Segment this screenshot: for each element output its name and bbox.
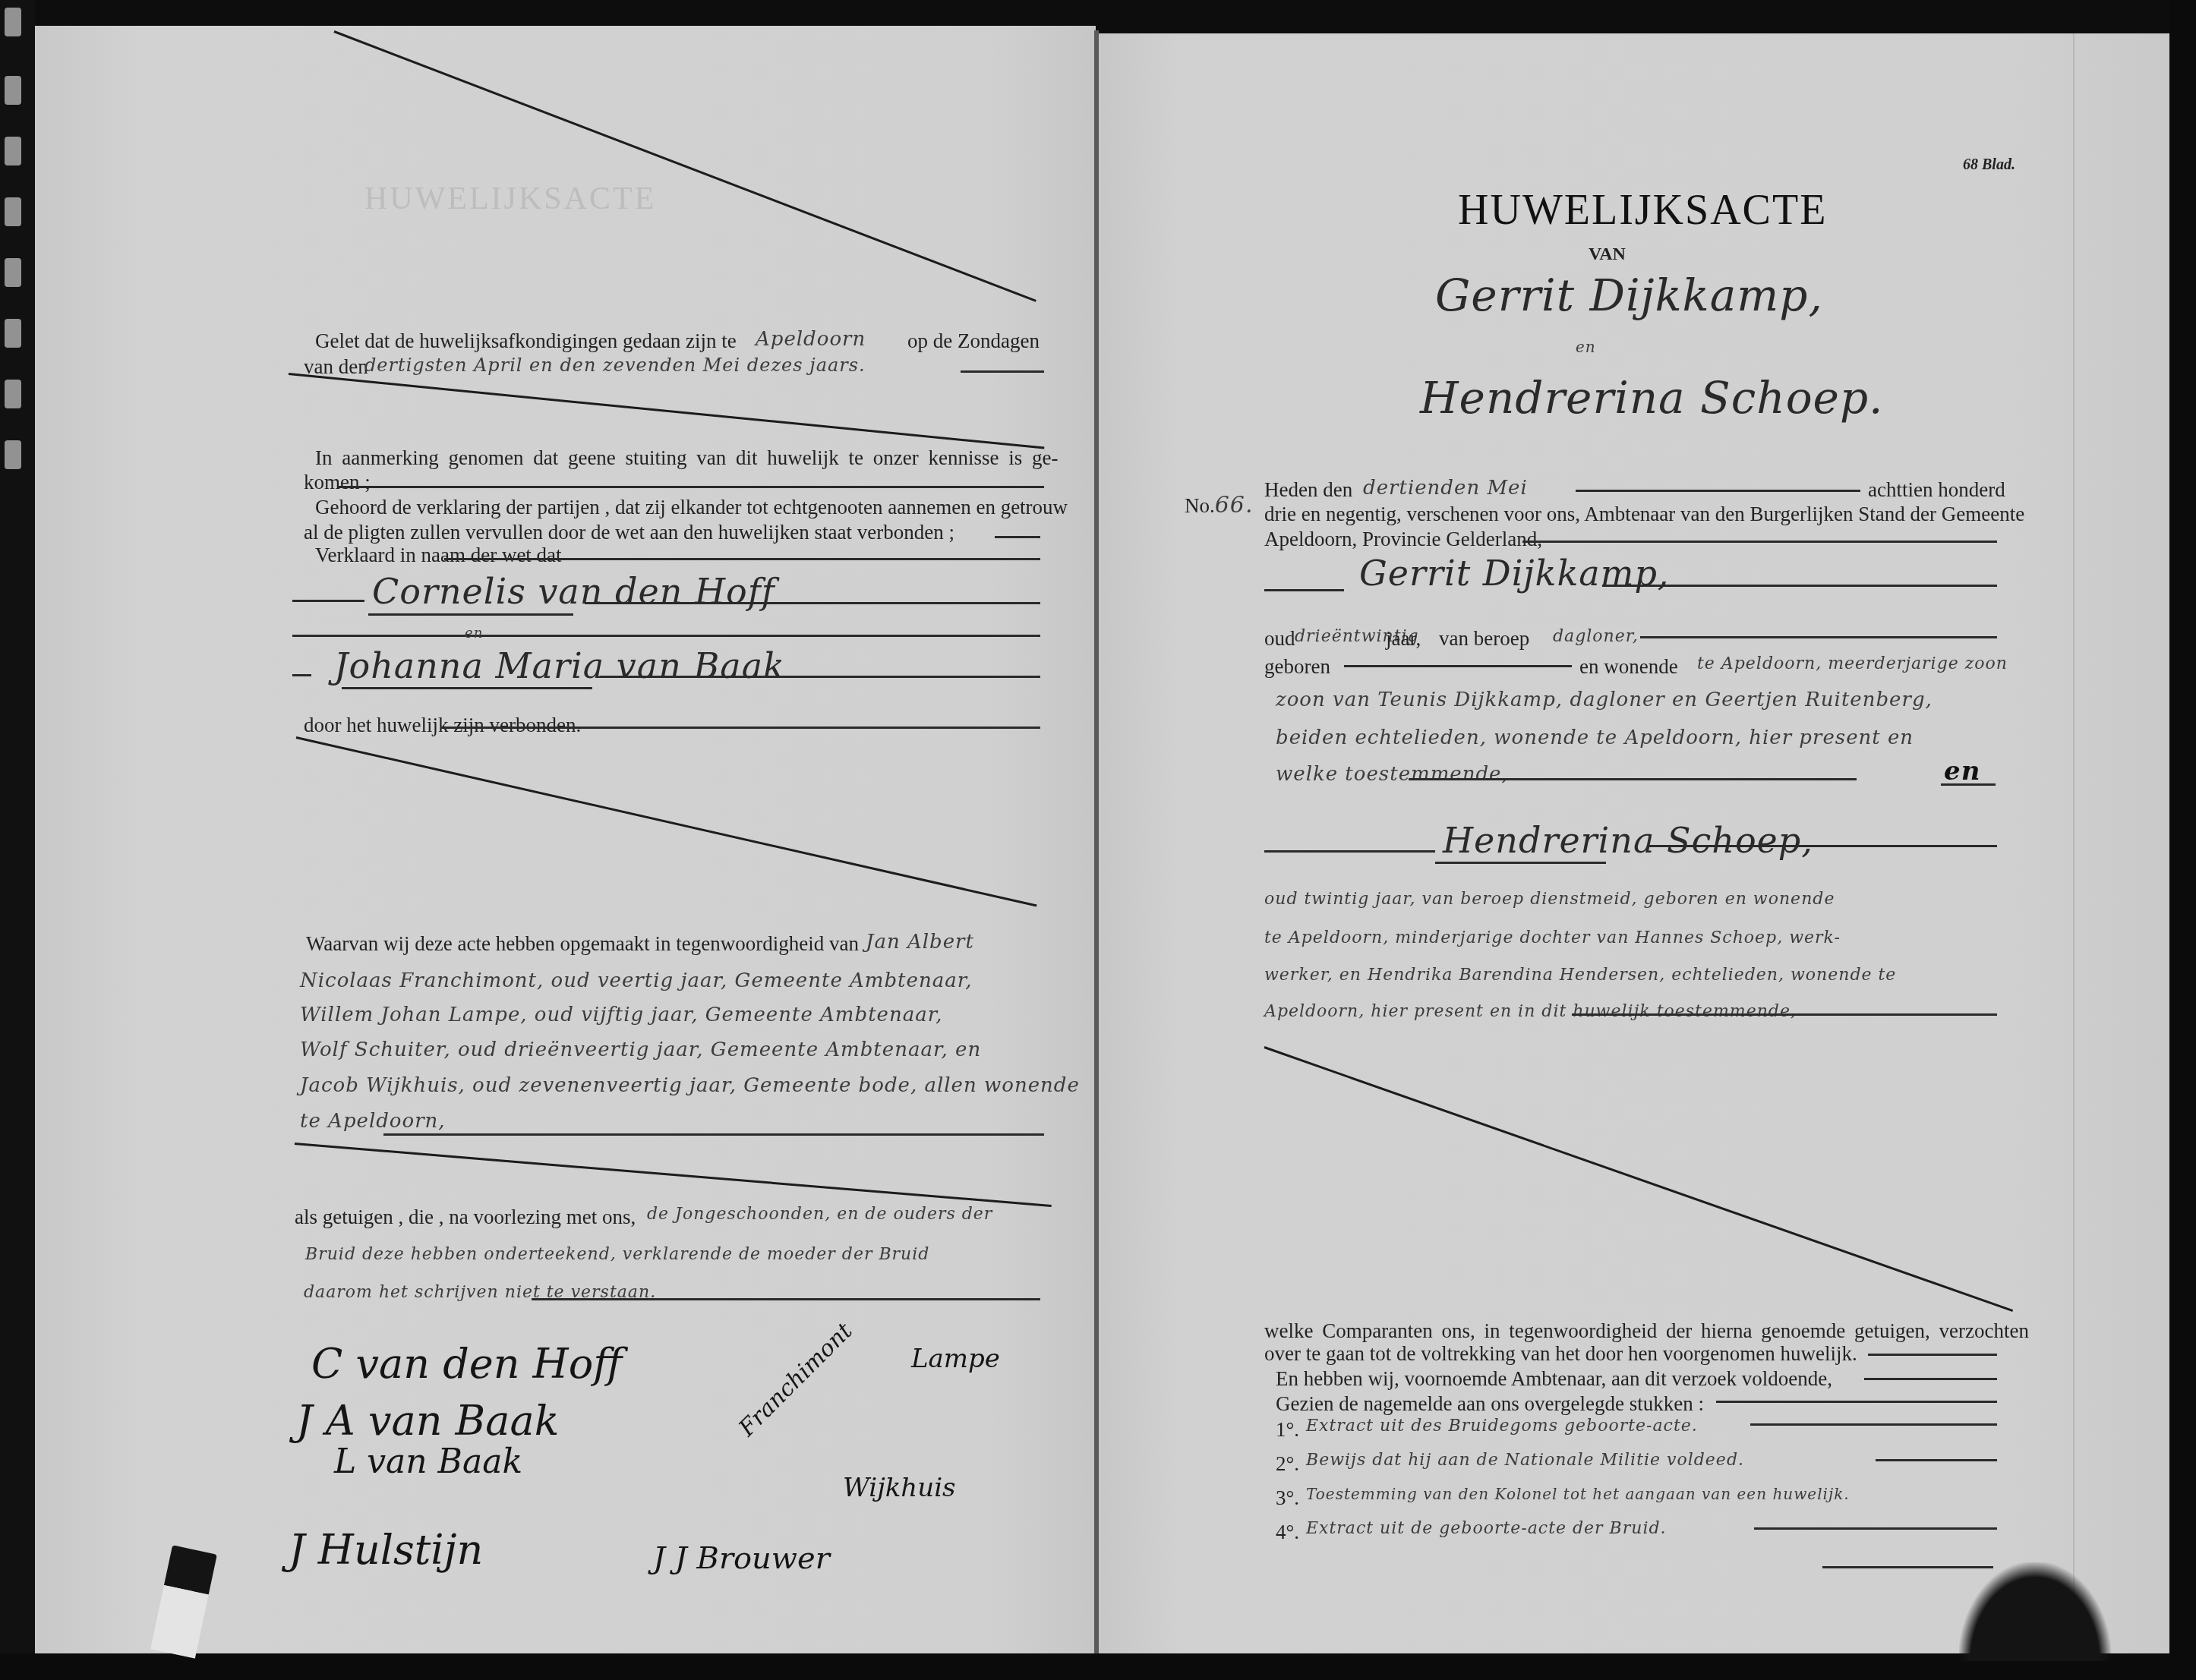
fill-rule: [1344, 665, 1572, 667]
heden-suffix: achttien honderd: [1868, 480, 2005, 500]
bride-name-right: Hendrerina Schoep,: [1443, 820, 1813, 861]
wonende-label: en wonende: [1579, 657, 1678, 677]
record-number-label: No.: [1185, 494, 1215, 517]
fill-rule: [292, 674, 311, 676]
banns-line1-suffix: op de Zondagen: [907, 331, 1040, 351]
fill-rule: [1602, 585, 1997, 587]
stuk-text: Bewijs dat hij aan de Nationale Militie …: [1306, 1451, 1744, 1470]
witness-line: Willem Johan Lampe, oud vijftig jaar, Ge…: [300, 1004, 943, 1026]
heden-line3: Apeldoorn, Provincie Gelderland,: [1264, 529, 1542, 550]
comparanten-line1: welke Comparanten ons, in tegenwoordighe…: [1264, 1321, 2029, 1341]
bride-detail-line: te Apeldoorn, minderjarige dochter van H…: [1264, 928, 1841, 947]
comparanten-line2: over te gaan tot de voltrekking van het …: [1264, 1344, 1857, 1364]
fill-rule: [1522, 541, 1997, 543]
fill-rule: [995, 536, 1040, 538]
closing-prefix: als getuigen , die , na voorlezing met o…: [295, 1207, 636, 1228]
stuk-text: Extract uit de geboorte-acte der Bruid.: [1306, 1519, 1667, 1538]
groom-residence: te Apeldoorn, meerderjarige zoon: [1697, 654, 2008, 673]
signature: L van Baak: [334, 1442, 522, 1481]
en-label: en: [465, 626, 483, 641]
groom-detail-line: beiden echtelieden, wonende te Apeldoorn…: [1276, 727, 1914, 749]
signature: Lampe: [911, 1344, 1000, 1374]
name-underline: [1435, 862, 1606, 864]
bride-detail-line: werker, en Hendrika Barendina Hendersen,…: [1264, 966, 1896, 985]
blad-number: 68: [1963, 156, 1978, 173]
page-edge-fold: [2073, 33, 2075, 1658]
banns-dates: dertigsten April en den zevenden Mei dez…: [364, 355, 866, 376]
gehoord-line1: Gehoord de verklaring der partijen , dat…: [315, 497, 1068, 518]
fill-rule: [444, 558, 1040, 560]
film-border-right: [2169, 0, 2196, 1680]
fill-rule: [1648, 845, 1997, 847]
witness-line: Jacob Wijkhuis, oud zevenenveertig jaar,…: [300, 1074, 1080, 1097]
title-bride-name: Hendrerina Schoep.: [1420, 372, 1883, 424]
heden-prefix: Heden den: [1264, 480, 1352, 500]
fill-rule: [1264, 850, 1435, 853]
bleed-through-heading: HUWELIJKSACTE: [364, 181, 656, 217]
aanmerking-line1: In aanmerking genomen dat geene stuiting…: [315, 448, 1059, 468]
signature: J Hulstijn: [289, 1526, 483, 1574]
film-sprocket-strip: [0, 0, 35, 1680]
heden-date: dertienden Mei: [1363, 477, 1528, 500]
fill-rule: [1864, 1378, 1997, 1380]
heden-line2: drie en negentig, verschenen voor ons, A…: [1264, 504, 2024, 525]
fill-rule: [1572, 1013, 1997, 1016]
blad-text: Blad.: [1982, 156, 2015, 173]
closing-line: de Jongeschoonden, en de ouders der: [647, 1205, 992, 1224]
sprocket-hole: [5, 197, 21, 226]
fill-rule: [585, 602, 1040, 604]
fill-rule: [482, 635, 1040, 637]
title-groom-name: Gerrit Dijkkamp,: [1435, 269, 1823, 321]
bride-detail-line: Apeldoorn, hier present en in dit huweli…: [1264, 1002, 1797, 1021]
witness-line: Nicolaas Franchimont, oud veertig jaar, …: [300, 969, 973, 992]
title-van: VAN: [1589, 244, 1626, 265]
witnesses-prefix: Waarvan wij deze acte hebben opgemaakt i…: [306, 934, 859, 954]
stuk-number: 4°.: [1276, 1522, 1299, 1543]
stuk-text: Extract uit des Bruidegoms geboorte-acte…: [1306, 1417, 1698, 1436]
groom-name-left: Cornelis van den Hoff: [372, 571, 775, 612]
signature: C van den Hoff: [311, 1340, 622, 1388]
signature: J J Brouwer: [653, 1541, 830, 1576]
verklaard-line: Verklaard in naam der wet dat: [315, 545, 562, 566]
aanmerking-line2: komen ;: [304, 472, 371, 493]
groom-detail-line: welke toestemmende,: [1276, 763, 1509, 786]
sprocket-hole: [5, 440, 21, 469]
closing-line: Bruid deze hebben onderteekend, verklare…: [305, 1245, 929, 1264]
sprocket-hole: [5, 380, 21, 408]
comparanten-line4: Gezien de nagemelde aan ons overgelegde …: [1276, 1394, 1704, 1414]
fill-rule: [1868, 1354, 1997, 1356]
left-page: [35, 26, 1096, 1658]
fill-rule: [1716, 1401, 1997, 1403]
sprocket-hole: [5, 8, 21, 36]
fill-rule: [600, 676, 1040, 678]
film-border-bottom: [0, 1653, 2196, 1680]
fill-rule: [1409, 778, 1857, 780]
beroep-label: van beroep: [1439, 629, 1529, 649]
blad-label: 68 Blad.: [1963, 156, 2015, 174]
fill-rule: [1576, 490, 1860, 492]
bride-name-left: Johanna Maria van Baak: [334, 645, 785, 686]
groom-en: en: [1944, 756, 1980, 786]
groom-occupation: dagloner,: [1553, 627, 1639, 646]
fill-rule: [532, 1298, 1040, 1300]
jaar-label: jaar,: [1386, 629, 1421, 649]
witness-line: Wolf Schuiter, oud drieënveertig jaar, G…: [300, 1039, 981, 1061]
fill-rule: [1876, 1459, 1997, 1461]
fill-rule: [383, 1133, 1044, 1136]
name-underline: [368, 613, 573, 616]
sprocket-hole: [5, 319, 21, 348]
oud-label: oud: [1264, 629, 1295, 649]
fill-rule: [961, 370, 1044, 373]
en-underline: [1941, 783, 1996, 786]
stuk-text: Toestemming van den Kolonel tot het aang…: [1306, 1485, 1850, 1503]
fill-rule: [338, 486, 1044, 488]
book-gutter: [1094, 30, 1099, 1663]
record-number: No.66.: [1185, 492, 1253, 518]
fill-rule: [1264, 589, 1344, 591]
signature: Wijkhuis: [843, 1473, 955, 1503]
document-title: HUWELIJKSACTE: [1458, 186, 1827, 235]
banns-place: Apeldoorn: [756, 328, 866, 351]
sprocket-hole: [5, 76, 21, 105]
sprocket-hole: [5, 258, 21, 287]
fill-rule: [1754, 1527, 1997, 1530]
stuk-number: 3°.: [1276, 1488, 1299, 1508]
groom-detail-line: zoon van Teunis Dijkkamp, dagloner en Ge…: [1276, 689, 1933, 711]
signature: J A van Baak: [296, 1397, 559, 1445]
fill-rule: [1640, 636, 1997, 638]
banns-line1-prefix: Gelet dat de huwelijksafkondigingen geda…: [315, 331, 737, 351]
witness-line: te Apeldoorn,: [300, 1110, 446, 1133]
gehoord-line2: al de pligten zullen vervullen door de w…: [304, 522, 954, 543]
title-en: en: [1576, 338, 1596, 356]
banns-line2-prefix: van den: [304, 357, 368, 377]
comparanten-line3: En hebben wij, voornoemde Ambtenaar, aan…: [1276, 1369, 1832, 1389]
fill-rule: [440, 727, 1040, 729]
record-number-value: 66.: [1215, 492, 1254, 518]
groom-name-right: Gerrit Dijkkamp,: [1359, 553, 1669, 594]
name-underline: [342, 687, 592, 689]
stuk-number: 1°.: [1276, 1420, 1299, 1440]
page-holder-weight: [1959, 1562, 2111, 1661]
witness-line: Jan Albert: [866, 931, 974, 953]
stuk-number: 2°.: [1276, 1454, 1299, 1474]
fill-rule: [1750, 1423, 1997, 1426]
fill-rule: [292, 600, 364, 602]
geboren-label: geboren: [1264, 657, 1330, 677]
sprocket-hole: [5, 137, 21, 165]
bride-detail-line: oud twintig jaar, van beroep dienstmeid,…: [1264, 890, 1835, 909]
verbonden-line: door het huwelijk zijn verbonden.: [304, 715, 581, 736]
